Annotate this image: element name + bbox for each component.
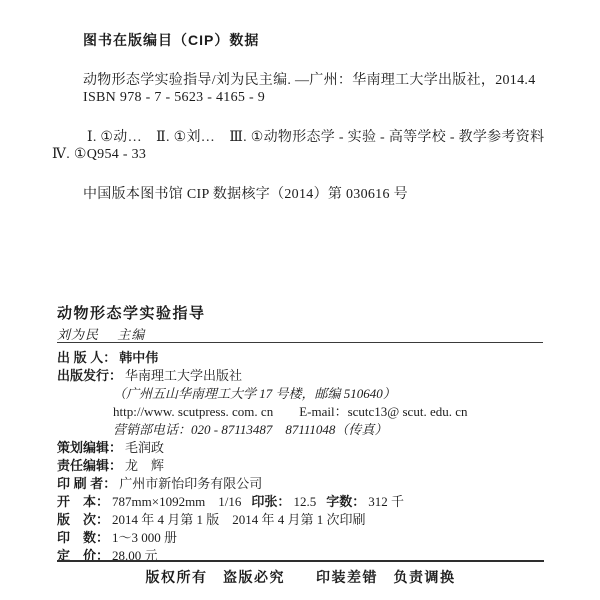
- author-line: 刘为民 主编: [57, 324, 145, 343]
- colophon-row: http://www. scutpress. com. cn E-mail：sc…: [57, 403, 467, 421]
- colophon-label: 出版发行：: [57, 368, 122, 383]
- cip-classification-line2: Ⅳ. ①Q954 - 33: [52, 146, 146, 163]
- colophon-row: 印 数：1～3 000 册: [57, 529, 467, 547]
- cip-classification-line1: Ⅰ. ①动… Ⅱ. ①刘… Ⅲ. ①动物形态学 - 实验 - 高等学校 - 教学…: [87, 126, 544, 146]
- colophon-value: 毛润政: [125, 440, 164, 455]
- colophon-value: 韩中伟: [119, 350, 158, 365]
- colophon-value: 龙 辉: [125, 458, 164, 473]
- colophon-label: 字数：: [326, 494, 365, 509]
- colophon-value: 12.5: [293, 494, 316, 509]
- cip-heading: 图书在版编目（CIP）数据: [83, 30, 259, 50]
- cip-record-number-line: 中国版本图书馆 CIP 数据核字（2014）第 030616 号: [83, 183, 408, 203]
- colophon-value: 312 千: [368, 494, 404, 509]
- divider-line-top: [57, 342, 543, 343]
- colophon-value: 787mm×1092mm 1/16: [112, 494, 241, 509]
- copyright-notice: 版权所有 盗版必究 印装差错 负责调换: [57, 567, 544, 587]
- colophon-row: 定 价：28.00 元: [57, 547, 467, 565]
- colophon-row: 出版发行：华南理工大学出版社: [57, 367, 467, 385]
- colophon-value: 2014 年 4 月第 1 版 2014 年 4 月第 1 次印刷: [112, 512, 366, 527]
- colophon-label: 版 次：: [57, 512, 109, 527]
- colophon: 出 版 人：韩中伟出版发行：华南理工大学出版社（广州五山华南理工大学 17 号楼…: [57, 349, 467, 565]
- isbn-line: ISBN 978 - 7 - 5623 - 4165 - 9: [83, 90, 265, 106]
- colophon-value: （广州五山华南理工大学 17 号楼，邮编 510640）: [113, 386, 396, 401]
- colophon-value: 营销部电话：020 - 87113487 87111048（传真）: [113, 422, 387, 437]
- colophon-label: 开 本：: [57, 494, 109, 509]
- colophon-row: 出 版 人：韩中伟: [57, 349, 467, 367]
- colophon-value: 华南理工大学出版社: [125, 368, 242, 383]
- colophon-row: （广州五山华南理工大学 17 号楼，邮编 510640）: [57, 385, 467, 403]
- colophon-value: 1～3 000 册: [112, 530, 177, 545]
- book-title: 动物形态学实验指导: [57, 302, 206, 323]
- colophon-row: 责任编辑：龙 辉: [57, 457, 467, 475]
- colophon-row: 营销部电话：020 - 87113487 87111048（传真）: [57, 421, 467, 439]
- colophon-value: 广州市新怡印务有限公司: [119, 476, 262, 491]
- colophon-label: 印 数：: [57, 530, 109, 545]
- colophon-label: 策划编辑：: [57, 440, 122, 455]
- colophon-label: 责任编辑：: [57, 458, 122, 473]
- divider-line-bottom: [57, 560, 544, 562]
- book-copyright-page: 图书在版编目（CIP）数据 动物形态学实验指导/刘为民主编. —广州：华南理工大…: [0, 0, 600, 600]
- colophon-row: 开 本：787mm×1092mm 1/16印张：12.5字数：312 千: [57, 493, 467, 511]
- colophon-label: 印 刷 者：: [57, 476, 116, 491]
- colophon-value: http://www. scutpress. com. cn E-mail：sc…: [113, 404, 467, 419]
- colophon-label: 出 版 人：: [57, 350, 116, 365]
- colophon-row: 策划编辑：毛润政: [57, 439, 467, 457]
- colophon-row: 版 次：2014 年 4 月第 1 版 2014 年 4 月第 1 次印刷: [57, 511, 467, 529]
- cip-description-line: 动物形态学实验指导/刘为民主编. —广州：华南理工大学出版社，2014.4: [83, 69, 536, 89]
- colophon-label: 印张：: [251, 494, 290, 509]
- colophon-row: 印 刷 者：广州市新怡印务有限公司: [57, 475, 467, 493]
